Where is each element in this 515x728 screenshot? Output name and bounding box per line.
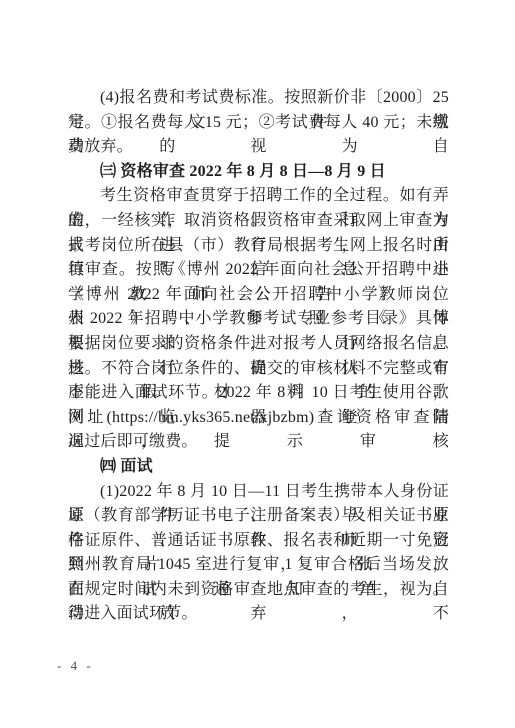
text-line: 格证原件、普通话证书原件、报名表和近期一寸免冠照片 1 张， xyxy=(68,529,449,554)
text-line: 证（教育部学历证书电子注册备案表）及相关证书原件、教师资 xyxy=(68,504,449,529)
text-line: (1)2022 年 8 月 10 日—11 日考生携带本人身份证原件、毕业 xyxy=(68,480,449,505)
text-line: 考生资格审查贯穿于招聘工作的全过程。如有弄虚作假行为 xyxy=(68,184,449,209)
section-heading-qualification-review: ㈢ 资格审查 2022 年 8 月 8 日—8 月 9 日 xyxy=(68,160,449,185)
page-number: - 4 - xyxy=(57,657,94,675)
text-line: 核。不符合岗位条件的、提交的审核材料不完整或有虚假材料的， xyxy=(68,357,449,382)
text-line: 不能进入面试环节。2022 年 8 月 10 日考生使用谷歌浏览器登陆 xyxy=(68,381,449,406)
text-line: 州 2022 年招聘中小学教师考试专业参考目录》具体要求进行。 xyxy=(68,307,449,332)
text-line: 定。①报名费每人 15 元；②考试费每人 40 元；未缴费的视为自 xyxy=(68,111,449,136)
section-heading-interview: ㈣ 面试 xyxy=(68,455,449,480)
text-line: (4)报名费和考试费标准。按照新价非〔2000〕25 号文件规 xyxy=(68,86,449,111)
text-line-with-url: 网址(https://bm.yks365.net/xjbzbm)查询资格审查情况… xyxy=(68,406,449,431)
document-text-block: (4)报名费和考试费标准。按照新价非〔2000〕25 号文件规 定。①报名费每人… xyxy=(68,86,449,627)
text-line: 报考岗位所在县（市）教育局根据考生网上报名时所填写信息进 xyxy=(68,234,449,259)
document-page: (4)报名费和考试费标准。按照新价非〔2000〕25 号文件规 定。①报名费每人… xyxy=(0,0,515,728)
text-line: 《博州 2022 年面向社会公开招聘中小学教师岗位表》、参照《博 xyxy=(68,283,449,308)
text-line: 到州教育局 1045 室进行复审，复审合格后当场发放面试通知单。 xyxy=(68,553,449,578)
text-line: 行审查。按照《博州 2022 年面向社会公开招聘中小学教师公告》、 xyxy=(68,258,449,283)
text-line: 的，一经核实，取消资格。资格审查采取网上审查方式进行，由 xyxy=(68,209,449,234)
text-line: 根据岗位要求的资格条件，对报考人员网络报名信息进行确认审 xyxy=(68,332,449,357)
text-line: 在规定时间内未到资格审查地点审查的考生，视为自动放弃，不 xyxy=(68,578,449,603)
